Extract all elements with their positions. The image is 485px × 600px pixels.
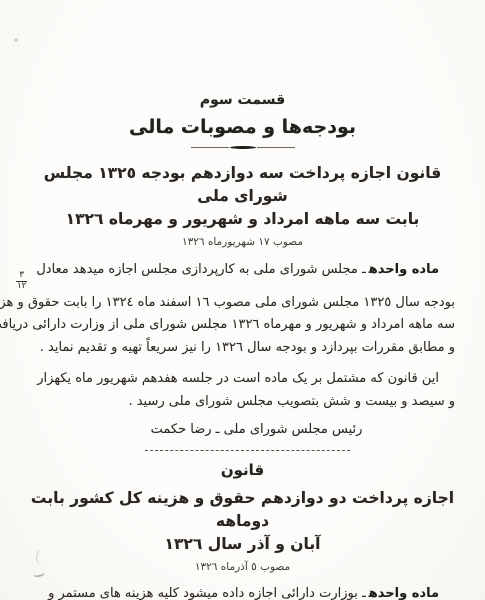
section-title: بودجه‌ها و مصوبات مالی	[30, 116, 455, 138]
law1-article-line1: ماده واحدهـ مجلس شورای ملی به کارپردازی …	[30, 259, 455, 292]
ornament-line-right-icon	[257, 147, 295, 148]
law1-title-line2: بابت سه ماهه امرداد و شهریور و مهرماه ١٣…	[30, 208, 455, 231]
law1-article-line1-text: ـ مجلس شورای ملی به کارپردازی مجلس اجازه…	[36, 262, 365, 277]
law2-heading: قانون	[30, 461, 455, 479]
ornament-divider	[191, 145, 295, 150]
law1-article-line3: سه ماهه امرداد و شهریور و مهرماه ١٣٢٦ مج…	[30, 314, 455, 337]
fraction-denominator: ١٢	[16, 282, 27, 292]
law1-article-line2: بودجه سال ١٣٢٥ مجلس شورای ملی مصوب ١٦ اس…	[30, 292, 455, 315]
law1-article-label: ماده واحده	[369, 262, 439, 277]
law2-title-line2: آبان و آذر سال ١٣٢٦	[30, 533, 455, 556]
part-heading: قسمت سوم	[30, 92, 455, 108]
law2-article-line1: ماده واحدهـ بوزارت دارائی اجازه داده میش…	[30, 583, 455, 600]
section-divider	[145, 450, 350, 451]
law1-ratification-line2: و سیصد و بیست و شش بتصویب مجلس شورای ملی…	[30, 391, 455, 414]
law2-title-line1: اجازه پرداخت دو دوازدهم حقوق و هزینه کل …	[30, 487, 455, 533]
page-content: قسمت سوم بودجه‌ها و مصوبات مالی قانون اج…	[0, 0, 485, 600]
law1-ratification-line1: این قانون که مشتمل بر یک ماده است در جلس…	[30, 368, 455, 391]
law1-title-line1: قانون اجازه پرداخت سه دوازدهم بودجه ١٣٢٥…	[30, 162, 455, 208]
law2-article-text: ـ بوزارت دارائی اجازه داده میشود کلیه هز…	[48, 586, 366, 600]
law2-article-label: ماده واحده	[369, 586, 439, 600]
fraction-three-twelfths: ٣ ١٢	[16, 271, 27, 292]
law1-article-paragraph: ماده واحدهـ مجلس شورای ملی به کارپردازی …	[30, 259, 455, 359]
law1-signature: رئیس مجلس شورای ملی ـ رضا حکمت	[44, 422, 469, 437]
ornament-blob-icon	[230, 146, 256, 149]
ornament-line-left-icon	[191, 147, 229, 148]
law2-approval-note: مصوب ٥ آذرماه ١٣٢٦	[30, 561, 455, 573]
law1-ratification-paragraph: این قانون که مشتمل بر یک ماده است در جلس…	[30, 368, 455, 413]
scanned-document-page: قسمت سوم بودجه‌ها و مصوبات مالی قانون اج…	[0, 0, 485, 600]
law1-approval-note: مصوب ١٧ شهریورماه ١٣٢٦	[30, 236, 455, 248]
law2-article-paragraph: ماده واحدهـ بوزارت دارائی اجازه داده میش…	[30, 583, 455, 600]
law1-article-line4: و مطابق مقررات بپردازد و بودجه سال ١٣٢٦ …	[30, 337, 455, 360]
